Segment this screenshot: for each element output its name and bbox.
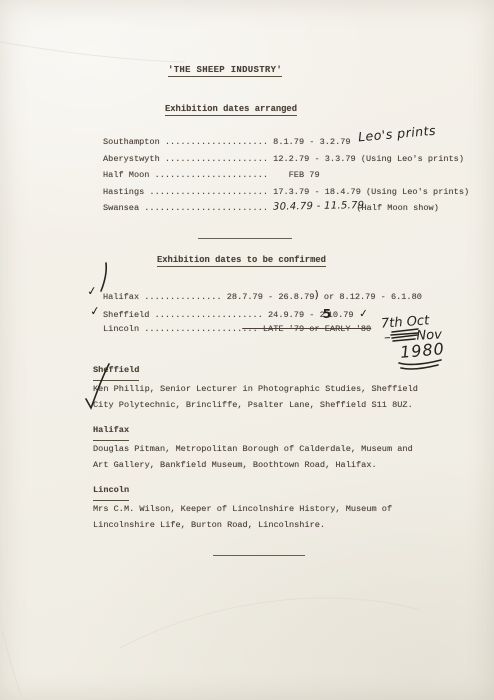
list-item: Southampton .................... 8.1.79 … — [103, 134, 469, 151]
confirmed-dates-list: ✓ Halifax ............... 28.7.79 - 26.8… — [103, 288, 422, 338]
contact-block-sheffield: Sheffield Ken Phillip, Senior Lecturer i… — [93, 362, 418, 414]
document-title: 'THE SHEEP INDUSTRY' — [168, 65, 282, 77]
exhibition-entry-hastings: Hastings ....................... 17.3.79… — [103, 187, 469, 197]
list-item: Aberystwyth .................... 12.2.79… — [103, 151, 469, 168]
contact-heading: Sheffield — [93, 362, 139, 381]
contact-block-halifax: Halifax Douglas Pitman, Metropolitan Bor… — [93, 422, 413, 474]
contact-block-lincoln: Lincoln Mrs C.M. Wilson, Keeper of Linco… — [93, 482, 392, 534]
handwritten-checkmark: ✓ — [89, 302, 101, 320]
contact-line: Lincolnshire Life, Burton Road, Lincolns… — [93, 517, 392, 534]
list-item: ✓ Halifax ............... 28.7.79 - 26.8… — [103, 288, 422, 305]
contact-heading: Halifax — [93, 422, 129, 441]
exhibition-entry-lincoln: Lincoln ................... — [103, 324, 242, 334]
document-page: 'THE SHEEP INDUSTRY' Exhibition dates ar… — [0, 0, 494, 700]
section-divider — [213, 555, 305, 556]
list-item: ✓ Sheffield ..................... 24.9.7… — [103, 305, 422, 322]
contact-line: Mrs C.M. Wilson, Keeper of Lincolnshire … — [93, 501, 392, 518]
struck-out-dates: ... LATE '79 or EARLY '80 — [242, 324, 371, 334]
list-item: Hastings ....................... 17.3.79… — [103, 184, 469, 201]
sheffield-date-end: 10.79 — [328, 310, 354, 320]
handwritten-year-1980: 1980 — [399, 339, 445, 362]
handwritten-note-leos-prints: Leo's prints — [357, 123, 436, 146]
swansea-note: (Half Moon show) — [351, 203, 439, 213]
exhibition-entry-swansea: Swansea ........................ — [103, 203, 273, 213]
list-item: Swansea ........................ 30.4.79… — [103, 200, 469, 217]
handwritten-digit-correction: 5 — [323, 306, 329, 323]
contact-line: Art Gallery, Bankfield Museum, Boothtown… — [93, 457, 413, 474]
section-divider — [198, 238, 292, 239]
stray-pen-stroke — [101, 263, 106, 291]
exhibition-entry-half-moon: Half Moon ...................... FEB 79 — [103, 170, 320, 180]
handwritten-tick: ✓ — [358, 305, 369, 322]
contact-heading: Lincoln — [93, 482, 129, 501]
handwritten-date-swansea: 30.4.79 - 11.5.79 — [273, 198, 351, 216]
contact-line: Douglas Pitman, Metropolitan Borough of … — [93, 441, 413, 458]
section-heading-confirmed: Exhibition dates to be confirmed — [157, 255, 326, 267]
section-heading-arranged: Exhibition dates arranged — [165, 104, 297, 116]
halifax-alt-dates: or 8.12.79 - 6.1.80 — [319, 292, 422, 302]
exhibition-entry-sheffield: Sheffield ..................... 24.9.79 … — [103, 310, 325, 320]
exhibition-entry-southampton: Southampton .................... 8.1.79 … — [103, 137, 351, 147]
handwritten-paren: ) — [314, 287, 318, 304]
exhibition-entry-aberystwyth: Aberystwyth .................... 12.2.79… — [103, 154, 464, 164]
handwritten-checkmark: ✓ — [86, 282, 98, 300]
list-item: Half Moon ...................... FEB 79 — [103, 167, 469, 184]
contact-line: City Polytechnic, Brincliffe, Psalter La… — [93, 397, 418, 414]
arranged-dates-list: Southampton .................... 8.1.79 … — [103, 134, 469, 217]
list-item: Lincoln ...................... LATE '79 … — [103, 321, 422, 338]
handwritten-dash: – — [384, 330, 391, 345]
exhibition-entry-halifax: Halifax ............... 28.7.79 - 26.8.7… — [103, 292, 314, 302]
contact-line: Ken Phillip, Senior Lecturer in Photogra… — [93, 381, 418, 398]
